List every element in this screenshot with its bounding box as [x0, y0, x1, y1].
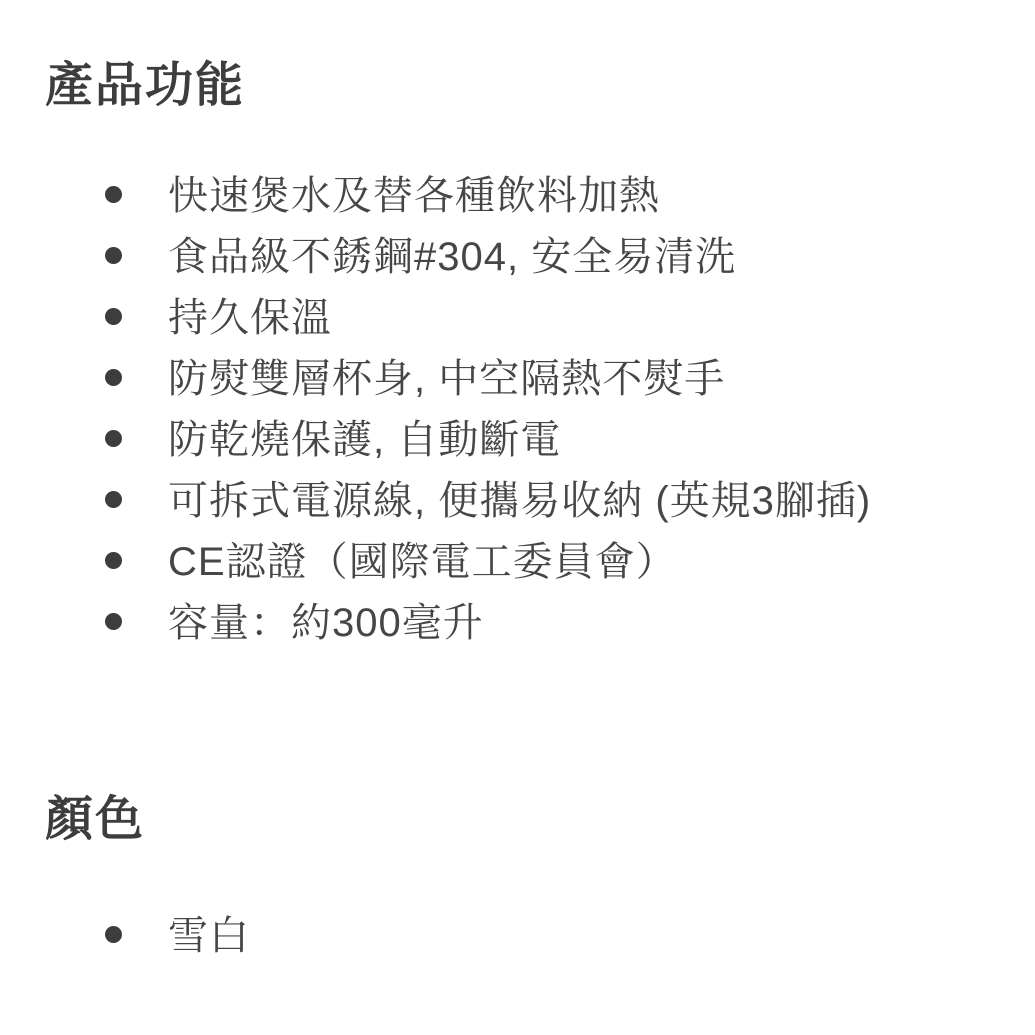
feature-text: 防熨雙層杯身, 中空隔熱不熨手 — [168, 359, 725, 399]
section-title-product-features: 產品功能 — [45, 58, 245, 113]
section-title-color: 顏色 — [45, 792, 145, 847]
bullet-icon — [105, 308, 122, 325]
color-options-list: 雪白 — [105, 905, 250, 966]
product-description-page: 產品功能 快速煲水及替各種飲料加熱 食品級不銹鋼#304, 安全易清洗 持久保溫… — [0, 0, 1035, 1035]
feature-text: 防乾燒保護, 自動斷電 — [168, 420, 561, 460]
list-item: 可拆式電源線, 便攜易收納 (英規3腳插) — [105, 470, 871, 531]
bullet-icon — [105, 369, 122, 386]
bullet-icon — [105, 552, 122, 569]
feature-text: 容量：約300毫升 — [168, 603, 484, 643]
list-item: 食品級不銹鋼#304, 安全易清洗 — [105, 226, 871, 287]
feature-text: 快速煲水及替各種飲料加熱 — [168, 176, 660, 216]
list-item: 快速煲水及替各種飲料加熱 — [105, 165, 871, 226]
bullet-icon — [105, 247, 122, 264]
feature-text: 可拆式電源線, 便攜易收納 (英規3腳插) — [168, 481, 871, 521]
bullet-icon — [105, 491, 122, 508]
color-option-text: 雪白 — [168, 916, 250, 956]
list-item: CE認證（國際電工委員會） — [105, 531, 871, 592]
bullet-icon — [105, 430, 122, 447]
list-item: 容量：約300毫升 — [105, 592, 871, 653]
feature-text: 食品級不銹鋼#304, 安全易清洗 — [168, 237, 736, 277]
list-item: 防熨雙層杯身, 中空隔熱不熨手 — [105, 348, 871, 409]
feature-text: 持久保溫 — [168, 298, 332, 338]
bullet-icon — [105, 613, 122, 630]
list-item: 雪白 — [105, 905, 250, 966]
bullet-icon — [105, 926, 122, 943]
list-item: 防乾燒保護, 自動斷電 — [105, 409, 871, 470]
product-features-list: 快速煲水及替各種飲料加熱 食品級不銹鋼#304, 安全易清洗 持久保溫 防熨雙層… — [105, 165, 871, 653]
bullet-icon — [105, 186, 122, 203]
list-item: 持久保溫 — [105, 287, 871, 348]
feature-text: CE認證（國際電工委員會） — [168, 542, 677, 582]
